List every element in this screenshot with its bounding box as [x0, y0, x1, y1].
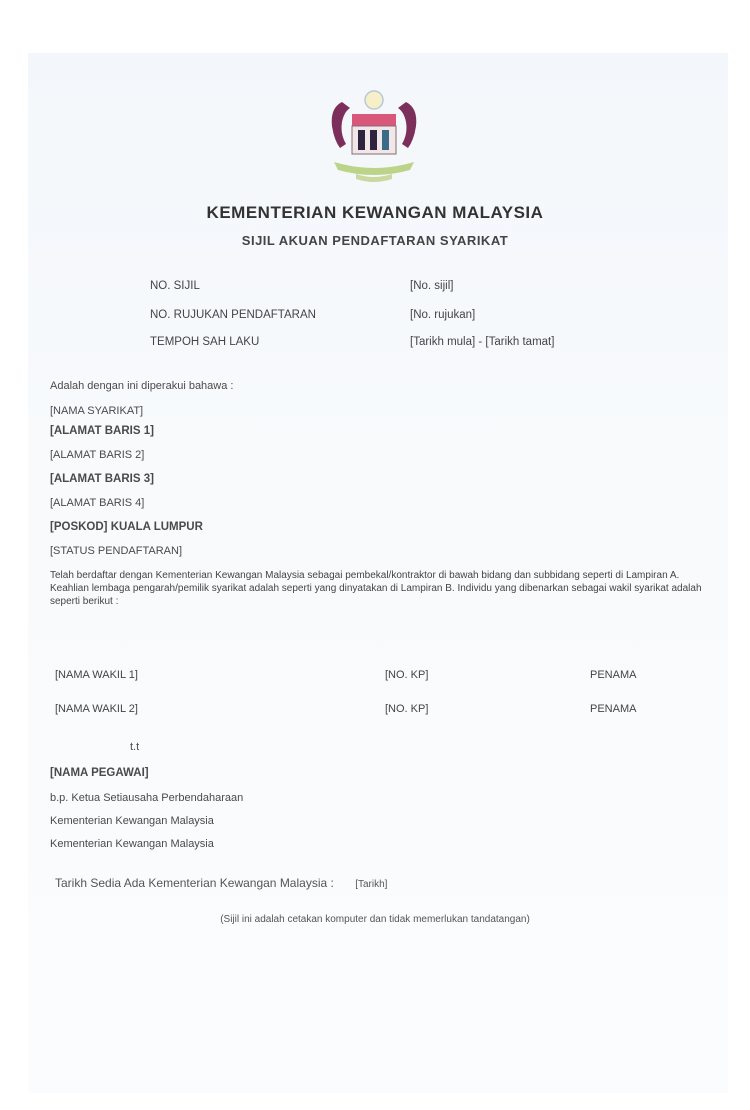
member-role: PENAMA [590, 669, 636, 681]
issue-date-value: [Tarikh] [355, 879, 387, 890]
member-id: [NO. KP] [385, 703, 428, 715]
address-line: [ALAMAT BARIS 1] [50, 425, 154, 437]
field-label: NO. SIJIL [150, 280, 400, 292]
malaysia-coat-of-arms-icon [312, 88, 436, 188]
member-role: PENAMA [590, 703, 636, 715]
registration-statement: Telah berdaftar dengan Kementerian Kewan… [50, 569, 720, 608]
company-name: [NAMA SYARIKAT] [50, 405, 143, 417]
ministry-title: KEMENTERIAN KEWANGAN MALAYSIA [0, 203, 750, 223]
registration-status: [STATUS PENDAFTARAN] [50, 545, 182, 557]
field-label: TEMPOH SAH LAKU [150, 336, 400, 348]
address-line: [POSKOD] KUALA LUMPUR [50, 521, 203, 533]
member-name: [NAMA WAKIL 2] [55, 703, 138, 715]
signatory-line: Kementerian Kewangan Malaysia [50, 838, 214, 850]
field-value: [Tarikh mula] - [Tarikh tamat] [410, 336, 610, 348]
field-value: [No. sijil] [410, 280, 610, 292]
certificate-title: SIJIL AKUAN PENDAFTARAN SYARIKAT [0, 233, 750, 248]
issue-date-row: Tarikh Sedia Ada Kementerian Kewangan Ma… [55, 876, 387, 890]
field-value: [No. rujukan] [410, 309, 610, 321]
address-line: [ALAMAT BARIS 4] [50, 497, 144, 509]
address-line: [ALAMAT BARIS 2] [50, 449, 144, 461]
signature-mark: t.t [130, 741, 139, 753]
computer-generated-note: (Sijil ini adalah cetakan komputer dan t… [0, 914, 750, 925]
certify-intro: Adalah dengan ini diperakui bahawa : [50, 380, 233, 392]
signatory-line: Kementerian Kewangan Malaysia [50, 815, 214, 827]
issue-date-label: Tarikh Sedia Ada Kementerian Kewangan Ma… [55, 876, 334, 890]
member-id: [NO. KP] [385, 669, 428, 681]
signatory-line: b.p. Ketua Setiausaha Perbendaharaan [50, 792, 243, 804]
signatory-name: [NAMA PEGAWAI] [50, 767, 149, 779]
member-name: [NAMA WAKIL 1] [55, 669, 138, 681]
address-line: [ALAMAT BARIS 3] [50, 473, 154, 485]
field-label: NO. RUJUKAN PENDAFTARAN [150, 309, 400, 321]
